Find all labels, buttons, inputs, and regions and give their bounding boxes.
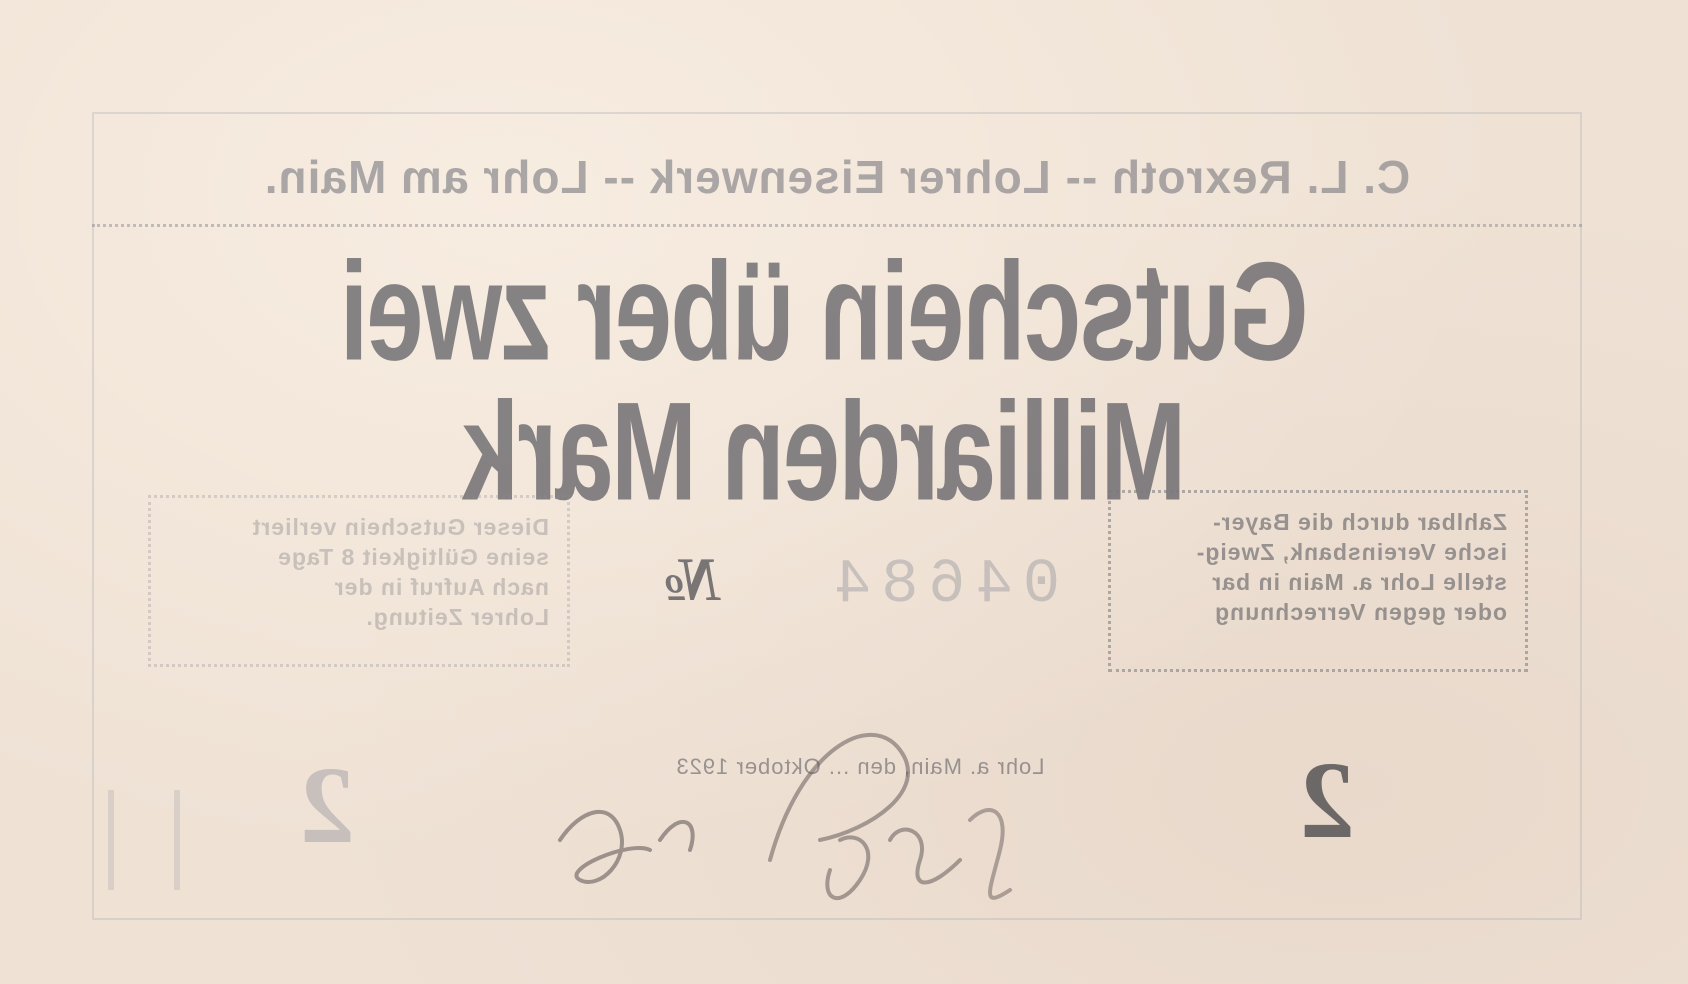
serial-number: 04684 (824, 549, 1060, 620)
redemption-line: stelle Lohr a. Main in bar (1129, 567, 1507, 597)
validity-line: nach Aufruf in der (169, 572, 549, 602)
validity-line: Lohrer Zeitung. (169, 602, 549, 632)
edge-mark (108, 790, 180, 890)
validity-line: Dieser Gutschein verliert (169, 512, 549, 542)
validity-line: seine Gültigkeit 8 Tage (169, 542, 549, 572)
numero-sign: № (663, 545, 720, 616)
dotted-divider (92, 224, 1582, 231)
redemption-line: Zahlbar durch die Bayer- (1129, 507, 1507, 537)
validity-box: Dieser Gutschein verliert seine Gültigke… (148, 495, 570, 667)
serial-area: № 04684 (640, 545, 1060, 625)
redemption-box: Zahlbar durch die Bayer- ische Vereinsba… (1108, 490, 1528, 672)
issuer-band: C. L. Rexroth -- Lohrer Eisenwerk -- Loh… (92, 120, 1582, 230)
redemption-line: oder gegen Verrechnung (1129, 597, 1507, 627)
signature-icon (540, 690, 1080, 930)
voucher-title: Gutschein über zwei Milliarden Mark (278, 242, 1373, 522)
issuer-line: C. L. Rexroth -- Lohrer Eisenwerk -- Loh… (92, 150, 1582, 204)
denomination-right: 2 (1300, 745, 1355, 855)
denomination-left: 2 (300, 750, 355, 860)
redemption-line: ische Vereinsbank, Zweig- (1129, 537, 1507, 567)
